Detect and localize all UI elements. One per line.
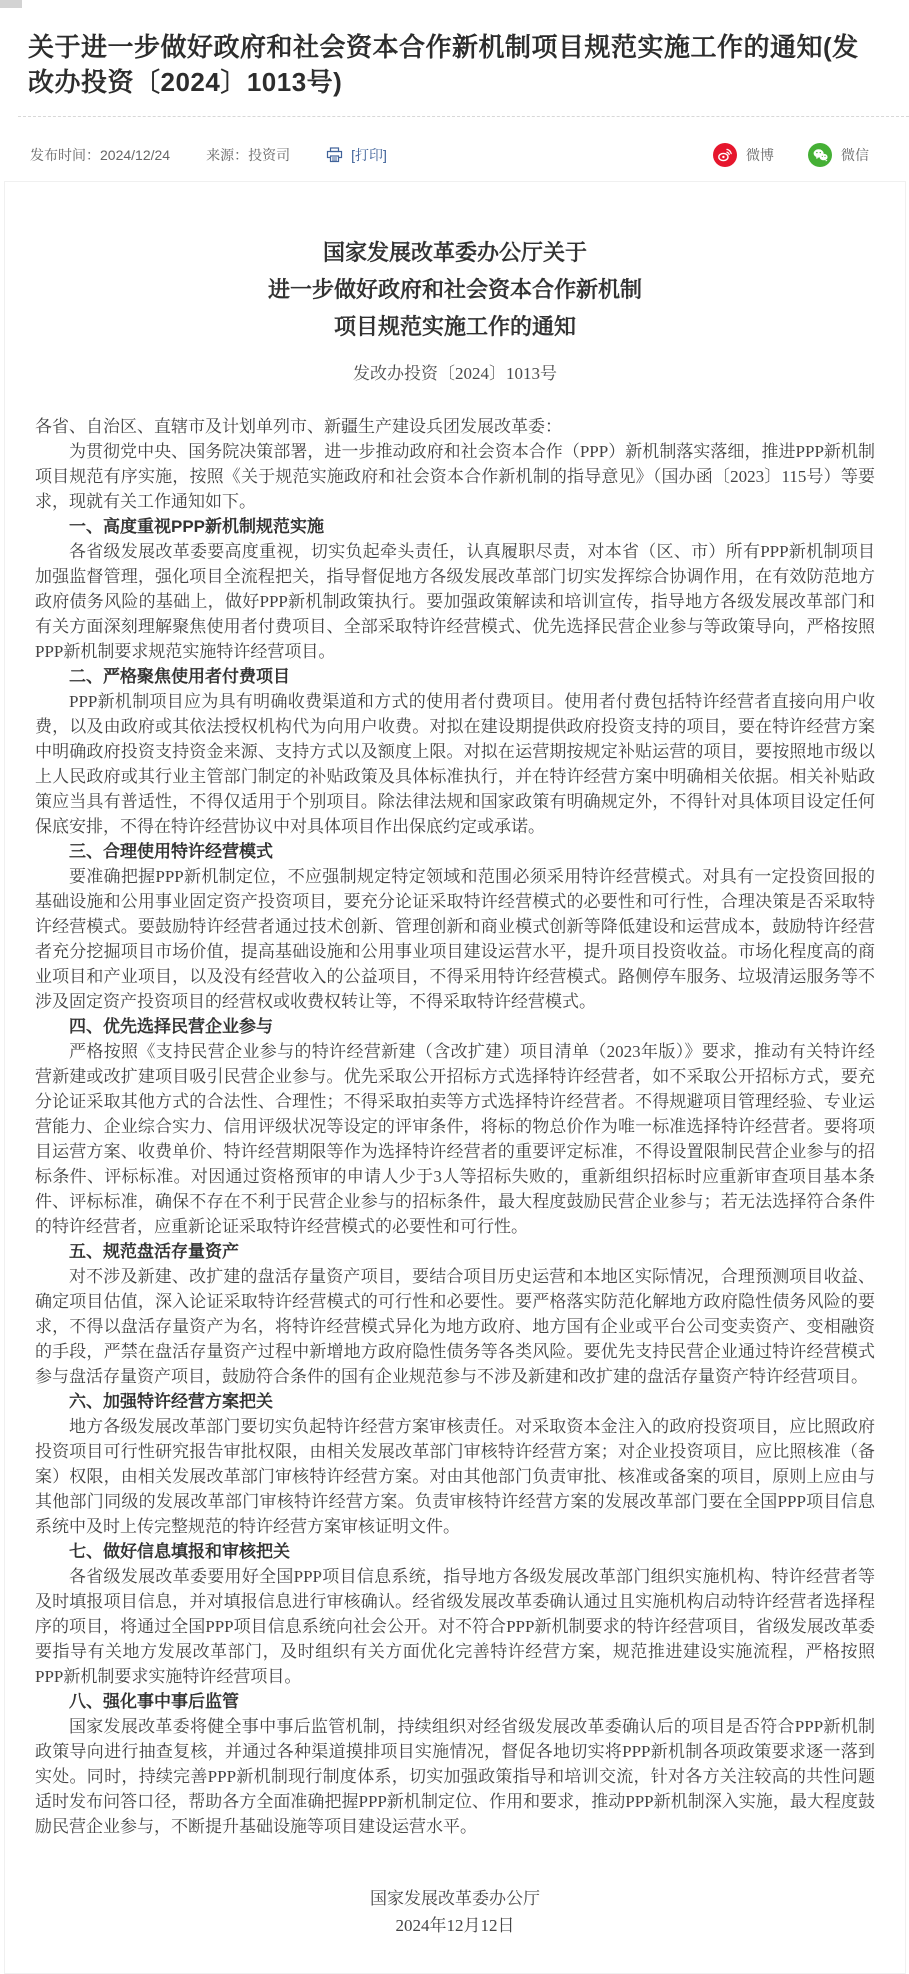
section-body: 各省级发展改革委要高度重视，切实负起牵头责任，认真履职尽责，对本省（区、市）所有… [35, 539, 875, 664]
document-sections: 一、高度重视PPP新机制规范实施 各省级发展改革委要高度重视，切实负起牵头责任，… [35, 514, 875, 1839]
document-body: 各省、自治区、直辖市及计划单列市、新疆生产建设兵团发展改革委： 为贯彻党中央、国… [35, 414, 875, 1839]
dashed-divider [18, 116, 909, 117]
document-content: 国家发展改革委办公厅关于 进一步做好政府和社会资本合作新机制 项目规范实施工作的… [4, 181, 906, 1974]
meta-row: 发布时间：2024/12/24 来源：投资司 [打印] [30, 143, 869, 167]
share-wechat-button[interactable]: 微信 [808, 143, 869, 167]
printer-icon[interactable] [326, 147, 343, 163]
section-heading: 七、做好信息填报和审核把关 [35, 1539, 875, 1564]
page-title: 关于进一步做好政府和社会资本合作新机制项目规范实施工作的通知(发改办投资〔202… [28, 30, 883, 100]
section-heading: 三、合理使用特许经营模式 [35, 839, 875, 864]
share-weibo-label[interactable]: 微博 [746, 145, 774, 165]
share-weibo-button[interactable]: 微博 [713, 143, 774, 167]
document-title-line: 项目规范实施工作的通知 [35, 308, 875, 345]
section-heading: 二、严格聚焦使用者付费项目 [35, 664, 875, 689]
document-number: 发改办投资〔2024〕1013号 [35, 361, 875, 386]
document-section: 二、严格聚焦使用者付费项目 PPP新机制项目应为具有明确收费渠道和方式的使用者付… [35, 664, 875, 839]
section-heading: 一、高度重视PPP新机制规范实施 [35, 514, 875, 539]
document-section: 一、高度重视PPP新机制规范实施 各省级发展改革委要高度重视，切实负起牵头责任，… [35, 514, 875, 664]
section-heading: 四、优先选择民营企业参与 [35, 1014, 875, 1039]
intro-paragraph: 为贯彻党中央、国务院决策部署，进一步推动政府和社会资本合作（PPP）新机制落实落… [35, 439, 875, 514]
section-body: 各省级发展改革委要用好全国PPP项目信息系统，指导地方各级发展改革部门组织实施机… [35, 1564, 875, 1689]
section-body: 地方各级发展改革部门要切实负起特许经营方案审核责任。对采取资本金注入的政府投资项… [35, 1414, 875, 1539]
print-label[interactable]: [打印] [351, 145, 387, 165]
section-heading: 五、规范盘活存量资产 [35, 1239, 875, 1264]
document-section: 四、优先选择民营企业参与 严格按照《支持民营企业参与的特许经营新建（含改扩建）项… [35, 1014, 875, 1239]
weibo-icon[interactable] [713, 143, 737, 167]
document-section: 六、加强特许经营方案把关 地方各级发展改革部门要切实负起特许经营方案审核责任。对… [35, 1389, 875, 1539]
document-title-line: 国家发展改革委办公厅关于 [35, 234, 875, 271]
meta-info: 发布时间：2024/12/24 来源：投资司 [打印] [30, 145, 387, 165]
document-section: 三、合理使用特许经营模式 要准确把握PPP新机制定位，不应强制规定特定领域和范围… [35, 839, 875, 1014]
signature-agency: 国家发展改革委办公厅 [35, 1885, 875, 1912]
publish-time: 发布时间：2024/12/24 [30, 145, 170, 165]
section-heading: 六、加强特许经营方案把关 [35, 1389, 875, 1414]
source: 来源：投资司 [206, 145, 290, 165]
wechat-icon[interactable] [808, 143, 832, 167]
share-group: 微博 微信 [713, 143, 869, 167]
section-body: 严格按照《支持民营企业参与的特许经营新建（含改扩建）项目清单（2023年版）》要… [35, 1039, 875, 1239]
document-title-line: 进一步做好政府和社会资本合作新机制 [35, 271, 875, 308]
section-body: PPP新机制项目应为具有明确收费渠道和方式的使用者付费项目。使用者付费包括特许经… [35, 689, 875, 839]
document-section: 八、强化事中事后监管 国家发展改革委将健全事中事后监管机制，持续组织对经省级发展… [35, 1689, 875, 1839]
document-section: 七、做好信息填报和审核把关 各省级发展改革委要用好全国PPP项目信息系统，指导地… [35, 1539, 875, 1689]
salutation: 各省、自治区、直辖市及计划单列市、新疆生产建设兵团发展改革委： [35, 414, 875, 439]
section-body: 对不涉及新建、改扩建的盘活存量资产项目，要结合项目历史运营和本地区实际情况，合理… [35, 1264, 875, 1389]
print-button[interactable]: [打印] [326, 145, 387, 165]
section-body: 要准确把握PPP新机制定位，不应强制规定特定领域和范围必须采用特许经营模式。对具… [35, 864, 875, 1014]
section-body: 国家发展改革委将健全事中事后监管机制，持续组织对经省级发展改革委确认后的项目是否… [35, 1714, 875, 1839]
share-wechat-label[interactable]: 微信 [841, 145, 869, 165]
document-section: 五、规范盘活存量资产 对不涉及新建、改扩建的盘活存量资产项目，要结合项目历史运营… [35, 1239, 875, 1389]
signature-date: 2024年12月12日 [35, 1912, 875, 1939]
top-left-artifact [0, 0, 22, 8]
document-title: 国家发展改革委办公厅关于 进一步做好政府和社会资本合作新机制 项目规范实施工作的… [35, 234, 875, 345]
section-heading: 八、强化事中事后监管 [35, 1689, 875, 1714]
signature-block: 国家发展改革委办公厅 2024年12月12日 [35, 1885, 875, 1939]
